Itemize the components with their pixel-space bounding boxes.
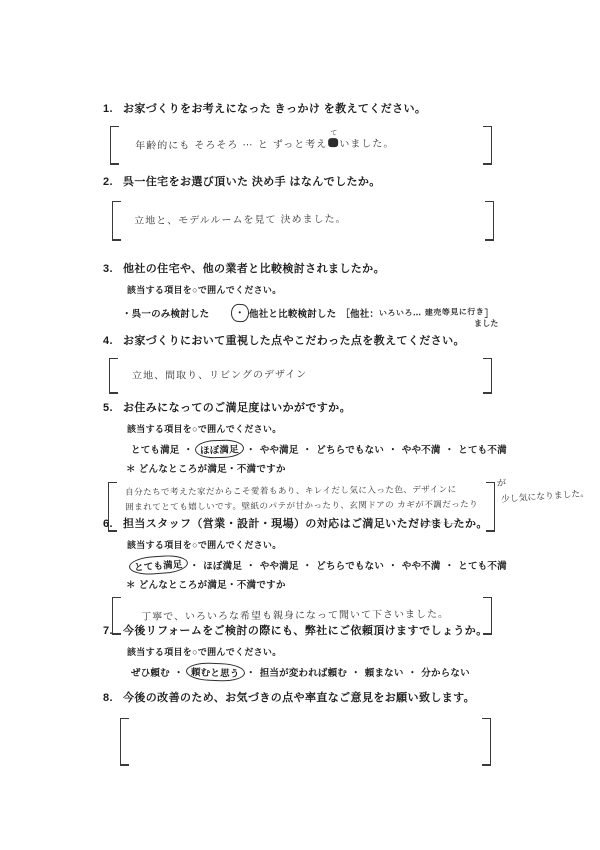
question-title: 今後の改善のため、お気づきの点や率直なご意見をお願い致します。	[123, 692, 475, 706]
question-4-title-row: 4. お家づくりにおいて重視した点やこだわった点を教えてください。	[103, 335, 563, 349]
circle-instruction: 該当する項目を○で囲んでください。	[127, 538, 563, 551]
answer-5-tail-text: 少し気になりました。	[501, 486, 590, 505]
question-5-title-row: 5. お住みになってのご満足度はいかがですか。	[103, 402, 563, 416]
question-title: 今後リフォームをご検討の際にも、弊社にご依頼頂けますでしょうか。	[123, 625, 488, 639]
bracket-left	[110, 126, 119, 165]
satisfaction-subquestion: ＊ どんなところが満足・不満ですか	[126, 577, 563, 591]
option-somewhat-dissatisfied: やや不満	[402, 442, 441, 456]
question-5: 5. お住みになってのご満足度はいかがですか。 該当する項目を○で囲んでください…	[103, 402, 563, 532]
option-if-staff-changes: 担当が変われば頼む	[260, 665, 347, 679]
question-7-options-row: ぜひ頼む ・ 頼むと思う ・ 担当が変われば頼む ・ 頼まない ・ 分からない	[131, 665, 563, 679]
circle-instruction: 該当する項目を○で囲んでください。	[127, 283, 563, 296]
question-1: 1. お家づくりをお考えになった きっかけ を教えてください。 年齢的にも そろ…	[103, 103, 563, 165]
question-6: 6. 担当スタッフ（営業・設計・現場）の対応はご満足いただけましたか。 該当する…	[103, 518, 563, 635]
bracket-left	[120, 718, 129, 766]
satisfaction-subquestion: ＊ どんなところが満足・不満ですか	[126, 461, 563, 475]
bracket-right	[483, 358, 492, 394]
circle-instruction: 該当する項目を○で囲んでください。	[127, 422, 563, 435]
question-1-title-row: 1. お家づくりをお考えになった きっかけ を教えてください。	[103, 103, 563, 117]
handwritten-answer-1: 年齢的にも そろそろ ⋯ と ずっと考えていました。	[119, 123, 483, 152]
handwritten-answer-6: 丁寧で、いろいろな希望も親身になって聞いて下さいました。	[121, 594, 483, 623]
question-3-options-row: ・呉一のみ検討した ・ 他社と比較検討した ［他社： いろいろ… 建売等見に行き…	[122, 304, 563, 322]
option-kureichi-only: ・呉一のみ検討した	[122, 306, 209, 320]
inserted-character: て	[330, 128, 338, 138]
bracket-open-label: ［他社：	[340, 306, 379, 320]
option-probably-request: 頼むと思う	[190, 667, 239, 680]
question-7: 7. 今後リフォームをご検討の際にも、弊社にご依頼頂けますでしょうか。 該当する…	[103, 625, 563, 679]
answer-box-2: 立地と、モデルルームを見て 決めました。	[112, 201, 494, 241]
option-separator: ・	[388, 442, 398, 456]
question-number: 3.	[103, 263, 113, 277]
option-separator: ・	[246, 442, 256, 456]
question-title: 他社の住宅や、他の業者と比較検討されましたか。	[123, 263, 385, 277]
option-separator: ・	[184, 442, 194, 456]
option-neutral: どちらでもない	[316, 442, 384, 456]
option-mostly-satisfied: ほぼ満足	[203, 558, 242, 572]
question-number: 8.	[103, 692, 113, 706]
answer-box-1: 年齢的にも そろそろ ⋯ と ずっと考えていました。	[110, 126, 492, 165]
handwritten-continuation: ました	[474, 318, 499, 329]
answer-box-8	[120, 718, 491, 766]
option-mostly-satisfied: ほぼ満足	[200, 444, 239, 456]
answer-area-4: 立地、間取り、リビングのデザイン	[118, 358, 483, 394]
option-very-satisfied: とても満足	[131, 442, 180, 456]
bracket-left	[112, 201, 121, 241]
question-number: 5.	[103, 402, 113, 416]
bracket-right	[485, 201, 494, 241]
option-separator: ・	[174, 665, 184, 679]
handwritten-answer-4: 立地、間取り、リビングのデザイン	[118, 355, 483, 382]
question-number: 6.	[103, 518, 113, 532]
question-number: 1.	[103, 103, 113, 117]
option-separator: ・	[303, 442, 313, 456]
option-very-dissatisfied: とても不満	[458, 558, 507, 572]
question-title: お家づくりをお考えになった きっかけ を教えてください。	[123, 103, 426, 117]
answer-area-2: 立地と、モデルルームを見て 決めました。	[121, 201, 485, 241]
question-2: 2. 呉一住宅をお選び頂いた 決め手 はなんでしたか。 立地と、モデルルームを見…	[103, 176, 563, 241]
option-somewhat-satisfied: やや満足	[260, 558, 299, 572]
question-title: お家づくりにおいて重視した点やこだわった点を教えてください。	[123, 335, 465, 349]
option-separator: ・	[190, 558, 200, 572]
question-8-title-row: 8. 今後の改善のため、お気づきの点や率直なご意見をお願い致します。	[103, 692, 563, 706]
option-separator: ・	[351, 665, 361, 679]
option-separator: ・	[246, 665, 256, 679]
option-will-not-request: 頼まない	[365, 665, 404, 679]
option-very-dissatisfied: とても不満	[458, 442, 507, 456]
answer-area-1: 年齢的にも そろそろ ⋯ と ずっと考えていました。	[119, 126, 483, 165]
handdrawn-circle: ・	[231, 303, 250, 322]
circle-instruction: 該当する項目を○で囲んでください。	[127, 645, 563, 658]
option-compared-others: 他社と比較検討した	[249, 306, 336, 320]
answer-area-8-empty	[129, 718, 482, 766]
bracket-right	[483, 126, 492, 165]
option-somewhat-satisfied: やや満足	[260, 442, 299, 456]
question-number: 7.	[103, 625, 113, 639]
question-title: お住みになってのご満足度はいかがですか。	[123, 402, 351, 416]
option-very-satisfied: とても満足	[134, 559, 183, 573]
question-7-title-row: 7. 今後リフォームをご検討の際にも、弊社にご依頼頂けますでしょうか。	[103, 625, 563, 639]
answer-5-line-2: 囲まれてとても嬉しいです。壁紙のパテが甘かったり、玄関ドアの カギが不調だったり	[125, 498, 486, 516]
option-neutral: どちらでもない	[316, 558, 384, 572]
survey-document-page: 1. お家づくりをお考えになった きっかけ を教えてください。 年齢的にも そろ…	[0, 0, 600, 850]
question-2-title-row: 2. 呉一住宅をお選び頂いた 決め手 はなんでしたか。	[103, 176, 563, 190]
handdrawn-circle: とても満足	[128, 554, 188, 576]
question-6-title-row: 6. 担当スタッフ（営業・設計・現場）の対応はご満足いただけましたか。	[103, 518, 563, 532]
question-4: 4. お家づくりにおいて重視した点やこだわった点を教えてください。 立地、間取り…	[103, 335, 563, 394]
option-somewhat-dissatisfied: やや不満	[402, 558, 441, 572]
answer-box-4: 立地、間取り、リビングのデザイン	[109, 358, 492, 394]
option-separator: ・	[246, 558, 256, 572]
handwritten-other-companies: いろいろ… 建売等見に行き	[379, 306, 484, 319]
option-separator: ・	[445, 442, 455, 456]
option-separator: ・	[388, 558, 398, 572]
handdrawn-circle: 頼むと思う	[185, 662, 244, 682]
question-6-options-row: とても満足 ・ ほぼ満足 ・ やや満足 ・ どちらでもない ・ やや不満 ・ と…	[131, 558, 563, 572]
bracket-left	[109, 358, 118, 394]
scribble-blob	[328, 138, 338, 147]
question-3-title-row: 3. 他社の住宅や、他の業者と比較検討されましたか。	[103, 263, 563, 277]
question-5-options-row: とても満足 ・ ほぼ満足 ・ やや満足 ・ どちらでもない ・ やや不満 ・ と…	[131, 442, 563, 456]
option-bullet: ・	[235, 307, 245, 319]
option-separator: ・	[303, 558, 313, 572]
question-title: 呉一住宅をお選び頂いた 決め手 はなんでしたか。	[123, 176, 381, 190]
handdrawn-circle: ほぼ満足	[195, 439, 244, 459]
question-number: 2.	[103, 176, 113, 190]
option-separator: ・	[445, 558, 455, 572]
option-dont-know: 分からない	[421, 665, 470, 679]
question-8: 8. 今後の改善のため、お気づきの点や率直なご意見をお願い致します。	[103, 692, 563, 766]
answer-5-tail-ga: が	[497, 476, 506, 489]
question-3: 3. 他社の住宅や、他の業者と比較検討されましたか。 該当する項目を○で囲んでく…	[103, 263, 563, 322]
handwritten-answer-5: 自分たちで考えた家だからこそ愛着もあり、キレイだし気に入った色、デザインに 囲ま…	[117, 479, 486, 516]
option-definitely-request: ぜひ頼む	[131, 665, 170, 679]
question-number: 4.	[103, 335, 113, 349]
scribble-mark: て	[327, 136, 339, 147]
option-separator: ・	[408, 665, 418, 679]
bracket-right	[482, 718, 491, 766]
handwritten-answer-2: 立地と、モデルルームを見て 決めました。	[121, 198, 485, 227]
question-title: 担当スタッフ（営業・設計・現場）の対応はご満足いただけましたか。	[123, 518, 488, 532]
